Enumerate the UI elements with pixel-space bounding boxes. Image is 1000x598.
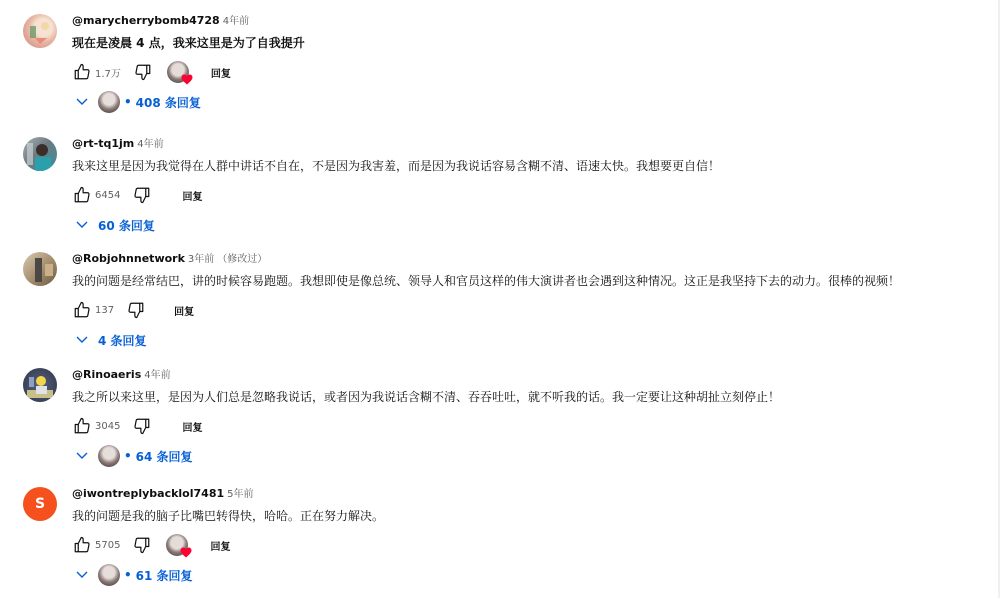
comment-time[interactable]: 5年前: [227, 489, 253, 500]
comment-header: @rt-tq1jm4年前: [72, 137, 990, 152]
thumbs-up-icon: [73, 63, 91, 81]
thumbs-down-icon: [133, 417, 151, 435]
thumbs-up-icon: [73, 417, 91, 435]
comment-header: @Rinoaeris4年前: [72, 368, 990, 383]
user-avatar[interactable]: [23, 252, 57, 286]
dislike-button[interactable]: [133, 62, 153, 82]
creator-heart-badge: [167, 61, 189, 83]
view-replies-button[interactable]: 60 条回复: [72, 214, 990, 236]
comment-text: 我的问题是我的脑子比嘴巴转得快，哈哈。正在努力解决。: [72, 508, 990, 524]
comment-body: @Robjohnnetwork3年前（修改过） 我的问题是经常结巴，讲的时候容易…: [72, 252, 990, 351]
dislike-button[interactable]: [132, 185, 152, 205]
comment-body: @marycherrybomb47284年前 现在是凌晨 4 点，我来这里是为了…: [72, 14, 990, 113]
chevron-down-icon: [74, 567, 90, 583]
chevron-down-icon: [74, 217, 90, 233]
replies-count-label: 64 条回复: [136, 448, 193, 465]
comment-time[interactable]: 3年前: [188, 254, 214, 265]
dislike-button[interactable]: [132, 416, 152, 436]
like-button[interactable]: [72, 535, 92, 555]
heart-icon: [181, 74, 193, 85]
comment-actions: 137 回复: [72, 299, 990, 321]
reply-author-avatar: [98, 91, 120, 113]
comment-actions: 1.7万 回复: [72, 61, 990, 83]
comment-actions: 6454 回复: [72, 184, 990, 206]
comment-header: @marycherrybomb47284年前: [72, 14, 990, 29]
replies-count-label: 61 条回复: [136, 567, 193, 584]
comment-text: 我之所以来这里，是因为人们总是忽略我说话，或者因为我说话含糊不清、吞吞吐吐，就不…: [72, 389, 990, 405]
comment-header: @Robjohnnetwork3年前（修改过）: [72, 252, 990, 267]
thumbs-down-icon: [134, 63, 152, 81]
view-replies-button[interactable]: • 61 条回复: [72, 564, 990, 586]
comment-header: @iwontreplybacklol74815年前: [72, 487, 990, 502]
comment-text: 我来这里是因为我觉得在人群中讲话不自在，不是因为我害羞，而是因为我说话容易含糊不…: [72, 158, 990, 174]
thumbs-up-icon: [73, 536, 91, 554]
comment-author[interactable]: @Robjohnnetwork: [72, 252, 185, 265]
comment-body: @rt-tq1jm4年前 我来这里是因为我觉得在人群中讲话不自在，不是因为我害羞…: [72, 137, 990, 236]
comment-body: @iwontreplybacklol74815年前 我的问题是我的脑子比嘴巴转得…: [72, 487, 990, 586]
comment-actions: 5705 回复: [72, 534, 990, 556]
comment-body: @Rinoaeris4年前 我之所以来这里，是因为人们总是忽略我说话，或者因为我…: [72, 368, 990, 467]
like-count: 1.7万: [95, 65, 121, 80]
view-replies-button[interactable]: 4 条回复: [72, 329, 990, 351]
like-button[interactable]: [72, 300, 92, 320]
comment-time[interactable]: 4年前: [144, 370, 170, 381]
like-count: 3045: [95, 421, 120, 432]
comment-author[interactable]: @Rinoaeris: [72, 368, 141, 381]
heart-icon: [180, 547, 192, 558]
separator-dot: •: [124, 449, 132, 463]
comment-time[interactable]: 4年前: [223, 16, 249, 27]
separator-dot: •: [124, 95, 132, 109]
user-avatar[interactable]: [23, 368, 57, 402]
user-avatar[interactable]: S: [23, 487, 57, 521]
replies-count-label: 60 条回复: [98, 217, 155, 234]
replies-count-label: 408 条回复: [136, 94, 201, 111]
user-avatar[interactable]: [23, 137, 57, 171]
reply-button[interactable]: 回复: [174, 303, 194, 318]
reply-button[interactable]: 回复: [211, 65, 231, 80]
user-avatar[interactable]: [23, 14, 57, 48]
replies-count-label: 4 条回复: [98, 332, 147, 349]
edited-label: （修改过）: [217, 254, 267, 265]
avatar-cartoon-icon: [23, 368, 57, 402]
comment-author[interactable]: @iwontreplybacklol7481: [72, 487, 224, 500]
chevron-down-icon: [74, 94, 90, 110]
chevron-down-icon: [74, 332, 90, 348]
reply-button[interactable]: 回复: [182, 419, 202, 434]
avatar-letter: S: [35, 496, 45, 512]
dislike-button[interactable]: [126, 300, 146, 320]
avatar-photo-icon: [23, 137, 57, 171]
comment-time[interactable]: 4年前: [137, 139, 163, 150]
creator-heart-badge: [166, 534, 188, 556]
avatar-illustration-icon: [23, 14, 57, 48]
comment-author[interactable]: @marycherrybomb4728: [72, 14, 220, 27]
thumbs-up-icon: [73, 186, 91, 204]
reply-button[interactable]: 回复: [182, 188, 202, 203]
like-button[interactable]: [72, 185, 92, 205]
like-button[interactable]: [72, 416, 92, 436]
chevron-down-icon: [74, 448, 90, 464]
comment-text: 我的问题是经常结巴，讲的时候容易跑题。我想即使是像总统、领导人和官员这样的伟大演…: [72, 273, 990, 289]
thumbs-down-icon: [133, 186, 151, 204]
thumbs-down-icon: [133, 536, 151, 554]
reply-author-avatar: [98, 564, 120, 586]
comment-actions: 3045 回复: [72, 415, 990, 437]
like-count: 6454: [95, 190, 120, 201]
like-count: 137: [95, 305, 114, 316]
comment-author[interactable]: @rt-tq1jm: [72, 137, 134, 150]
thumbs-down-icon: [127, 301, 145, 319]
comment-text: 现在是凌晨 4 点，我来这里是为了自我提升: [72, 35, 990, 51]
dislike-button[interactable]: [132, 535, 152, 555]
separator-dot: •: [124, 568, 132, 582]
reply-author-avatar: [98, 445, 120, 467]
thumbs-up-icon: [73, 301, 91, 319]
like-button[interactable]: [72, 62, 92, 82]
like-count: 5705: [95, 540, 120, 551]
avatar-photo-icon: [23, 252, 57, 286]
view-replies-button[interactable]: • 408 条回复: [72, 91, 990, 113]
view-replies-button[interactable]: • 64 条回复: [72, 445, 990, 467]
reply-button[interactable]: 回复: [210, 538, 230, 553]
